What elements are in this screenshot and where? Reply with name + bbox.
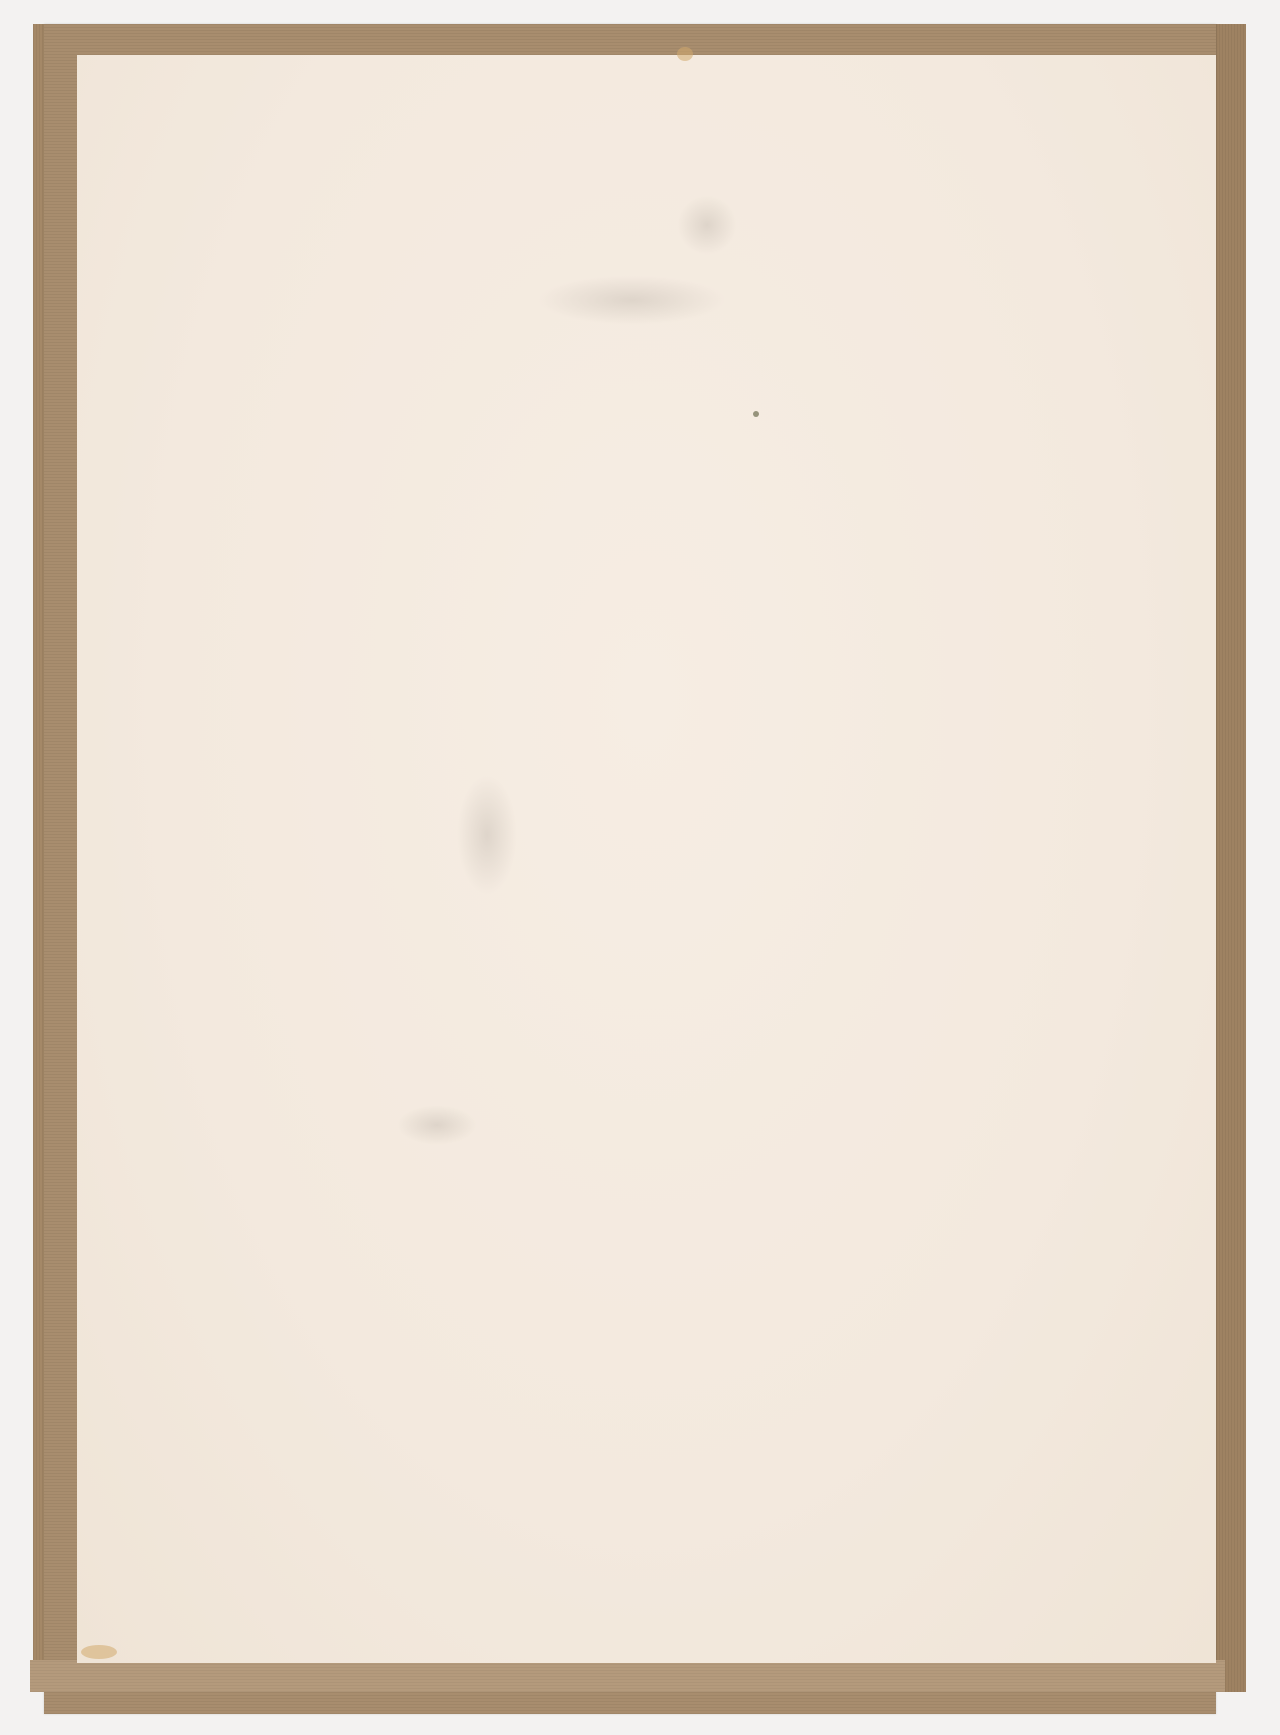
- stain-mark: [677, 47, 693, 61]
- faint-mark: [457, 775, 517, 895]
- blank-paper-sheet: [77, 55, 1216, 1663]
- stain-mark: [81, 1645, 117, 1659]
- pencil-smudge: [677, 195, 737, 255]
- eraser-smudge: [397, 1105, 477, 1145]
- kraft-right-edge: [1216, 24, 1246, 1692]
- stain-mark: [753, 411, 759, 417]
- eraser-smudge: [537, 275, 727, 325]
- kraft-bottom-edge: [30, 1660, 1225, 1692]
